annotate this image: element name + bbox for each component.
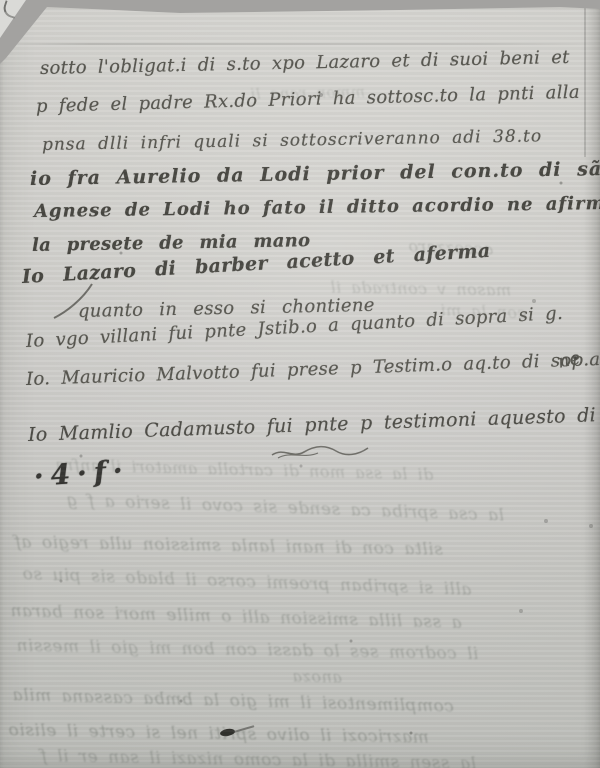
paper-crease — [0, 43, 600, 45]
notary-paraph: ·4·f· — [33, 453, 131, 493]
manuscript-page: mmon rana li accozzaro mason v contrada … — [0, 0, 600, 768]
manuscript-line-10: Io. Mauricio Malvotto fui prese p Testim… — [26, 348, 600, 390]
manuscript-line-3: pnsa dlli infri quali si sottoscriverann… — [42, 126, 543, 155]
descender-flourish — [52, 282, 112, 322]
manuscript-line-5: Agnese de Lodi ho fato il ditto acordio … — [34, 193, 600, 222]
bleedthrough-line: anoza — [292, 667, 342, 687]
bleedthrough-line: la csa spriba ca sende sis covo il serio… — [66, 490, 505, 525]
bleedthrough-line: alli si spriban proemi corso il blado si… — [22, 564, 472, 600]
manuscript-line-11: Io Mamlio Cadamusto fui pnte p testimoni… — [28, 402, 600, 446]
bleedthrough-line: mazricozi il olivo spriti nel si certe i… — [8, 720, 429, 747]
bleedthrough-line: silta con di nani lanla smission ulla re… — [14, 532, 443, 559]
bleedthrough-line: a ssa lilla smission alli o mille mori s… — [10, 601, 462, 633]
manuscript-photo: mmon rana li accozzaro mason v contrada … — [0, 0, 600, 768]
manuscript-line-4: io fra Aurelio da Lodi prior del con.to … — [30, 158, 600, 190]
manuscript-line-1: sotto l'obligat.i di s.to xpo Lazaro et … — [40, 47, 570, 79]
bleedthrough-line: il codrom ses lo dassi con bon mi gio il… — [16, 636, 479, 664]
paper-edge-shadow — [584, 0, 600, 768]
bleedthrough-line: la ssen smilla di la como nizazi il san … — [40, 746, 476, 768]
underline-flourish — [270, 441, 370, 461]
bleedthrough-line: complimentosi il mi gio la bmba cassana … — [12, 685, 454, 717]
